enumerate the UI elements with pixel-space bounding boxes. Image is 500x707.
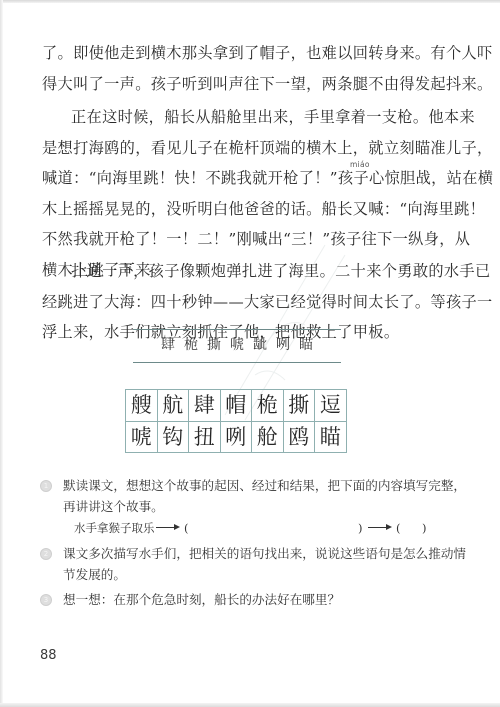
- grid-cell: 咧: [220, 421, 252, 453]
- recognize-char: 唬: [230, 330, 244, 361]
- grid-cell: 航: [157, 390, 189, 422]
- grid-cell: 逗: [315, 390, 347, 422]
- page-edge-top: [0, 0, 500, 3]
- story-paragraph-1: 了。即使他走到横木那头拿到了帽子，也难以回转身来。有个人吓 得大叫了一声。孩子听…: [42, 38, 434, 99]
- flow-blank-2-close: ): [422, 519, 427, 537]
- grid-cell: 撕: [283, 390, 315, 422]
- question-number-badge: 3: [40, 594, 52, 606]
- flow-blank-2[interactable]: [404, 519, 434, 537]
- recognize-char: 咧: [276, 330, 290, 361]
- recognize-char: 撕: [207, 330, 221, 361]
- grid-row: 艘 航 肆 帽 桅 撕 逗: [126, 390, 347, 422]
- text-line: 经跳进了大海：四十秒钟——大家已经觉得时间太长了。等孩子一: [42, 287, 434, 318]
- grid-cell: 钩: [157, 421, 189, 453]
- text-line: 想一想：在那个危急时刻，船长的办法好在哪里？: [63, 590, 443, 611]
- grid-cell: 鸥: [283, 421, 315, 453]
- flow-blank-1[interactable]: [192, 519, 352, 537]
- text-line: 了。即使他走到横木那头拿到了帽子，也难以回转身来。有个人吓: [42, 38, 434, 69]
- page-number: 88: [40, 648, 57, 663]
- flow-blank-1-close: ): [358, 519, 363, 537]
- grid-cell: 艘: [126, 390, 158, 422]
- text-line: 喊道：“向海里跳！快！不跳我就开枪了！”孩子心惊胆战，站在横: [42, 163, 434, 194]
- text-line: 不然我就开枪了！一！二！”刚喊出“三！”孩子往下一纵身，从: [42, 224, 434, 255]
- text-line: 木上摇摇晃晃的，没听明白他爸爸的话。船长又喊：“向海里跳！: [42, 194, 434, 225]
- text-line: 得大叫了一声。孩子听到叫声往下一望，两条腿不由得发起抖来。: [42, 69, 434, 100]
- question-text: 默读课文，想想这个故事的起因、经过和结果，把下面的内容填写完整， 再讲讲这个故事…: [63, 476, 443, 517]
- text-line: 节发展的。: [63, 565, 443, 586]
- page-edge-bottom: [0, 703, 500, 707]
- arrow-right-icon: [368, 527, 390, 528]
- question-text: 课文多次描写水手们，把相关的语句找出来，说说这些语句是怎么推动情 节发展的。: [63, 544, 443, 585]
- grid-cell: 瞄: [315, 421, 347, 453]
- pinyin-annotation: miáo: [350, 160, 370, 169]
- text-line: 正在这时候，船长从船舱里出来，手里拿着一支枪。他本来: [42, 102, 434, 133]
- question-text: 想一想：在那个危急时刻，船长的办法好在哪里？: [63, 590, 443, 611]
- text-line: 默读课文，想想这个故事的起因、经过和结果，把下面的内容填写完整，: [63, 476, 443, 497]
- grid-cell: 舱: [252, 421, 284, 453]
- grid-cell: 唬: [126, 421, 158, 453]
- grid-row: 唬 钩 扭 咧 舱 鸥 瞄: [126, 421, 347, 453]
- grid-cell: 帽: [220, 390, 252, 422]
- recognize-char: 肆: [161, 330, 175, 361]
- question-number-badge: 2: [40, 548, 52, 560]
- text-line: 是想打海鸥的，看见儿子在桅杆顶端的横木上，就立刻瞄准儿子，: [42, 133, 434, 164]
- write-chars-grid: 艘 航 肆 帽 桅 撕 逗 唬 钩 扭 咧 舱 鸥 瞄: [125, 389, 347, 453]
- text-line: 课文多次描写水手们，把相关的语句找出来，说说这些语句是怎么推动情: [63, 544, 443, 565]
- flow-start: 水手拿猴子取乐: [74, 519, 155, 537]
- grid-cell: 肆: [189, 390, 221, 422]
- arrow-right-icon: [156, 527, 178, 528]
- grid-cell: 桅: [252, 390, 284, 422]
- story-flow-chain: 水手拿猴子取乐 ( ) ( ): [74, 519, 444, 537]
- flow-blank-2-open: (: [396, 519, 401, 537]
- recognize-char: 桅: [184, 330, 198, 361]
- recognize-chars-box: 肆 桅 撕 唬 龇 咧 瞄: [133, 329, 341, 363]
- text-line: 扑通一声，孩子像颗炮弹扎进了海里。二十来个勇敢的水手已: [42, 256, 434, 287]
- recognize-char: 龇: [253, 330, 267, 361]
- text-line: 再讲讲这个故事。: [63, 497, 443, 518]
- recognize-char: 瞄: [299, 330, 313, 361]
- page-edge-left: [0, 0, 3, 707]
- grid-cell: 扭: [189, 421, 221, 453]
- question-number-badge: 1: [40, 480, 52, 492]
- flow-blank-1-open: (: [184, 519, 189, 537]
